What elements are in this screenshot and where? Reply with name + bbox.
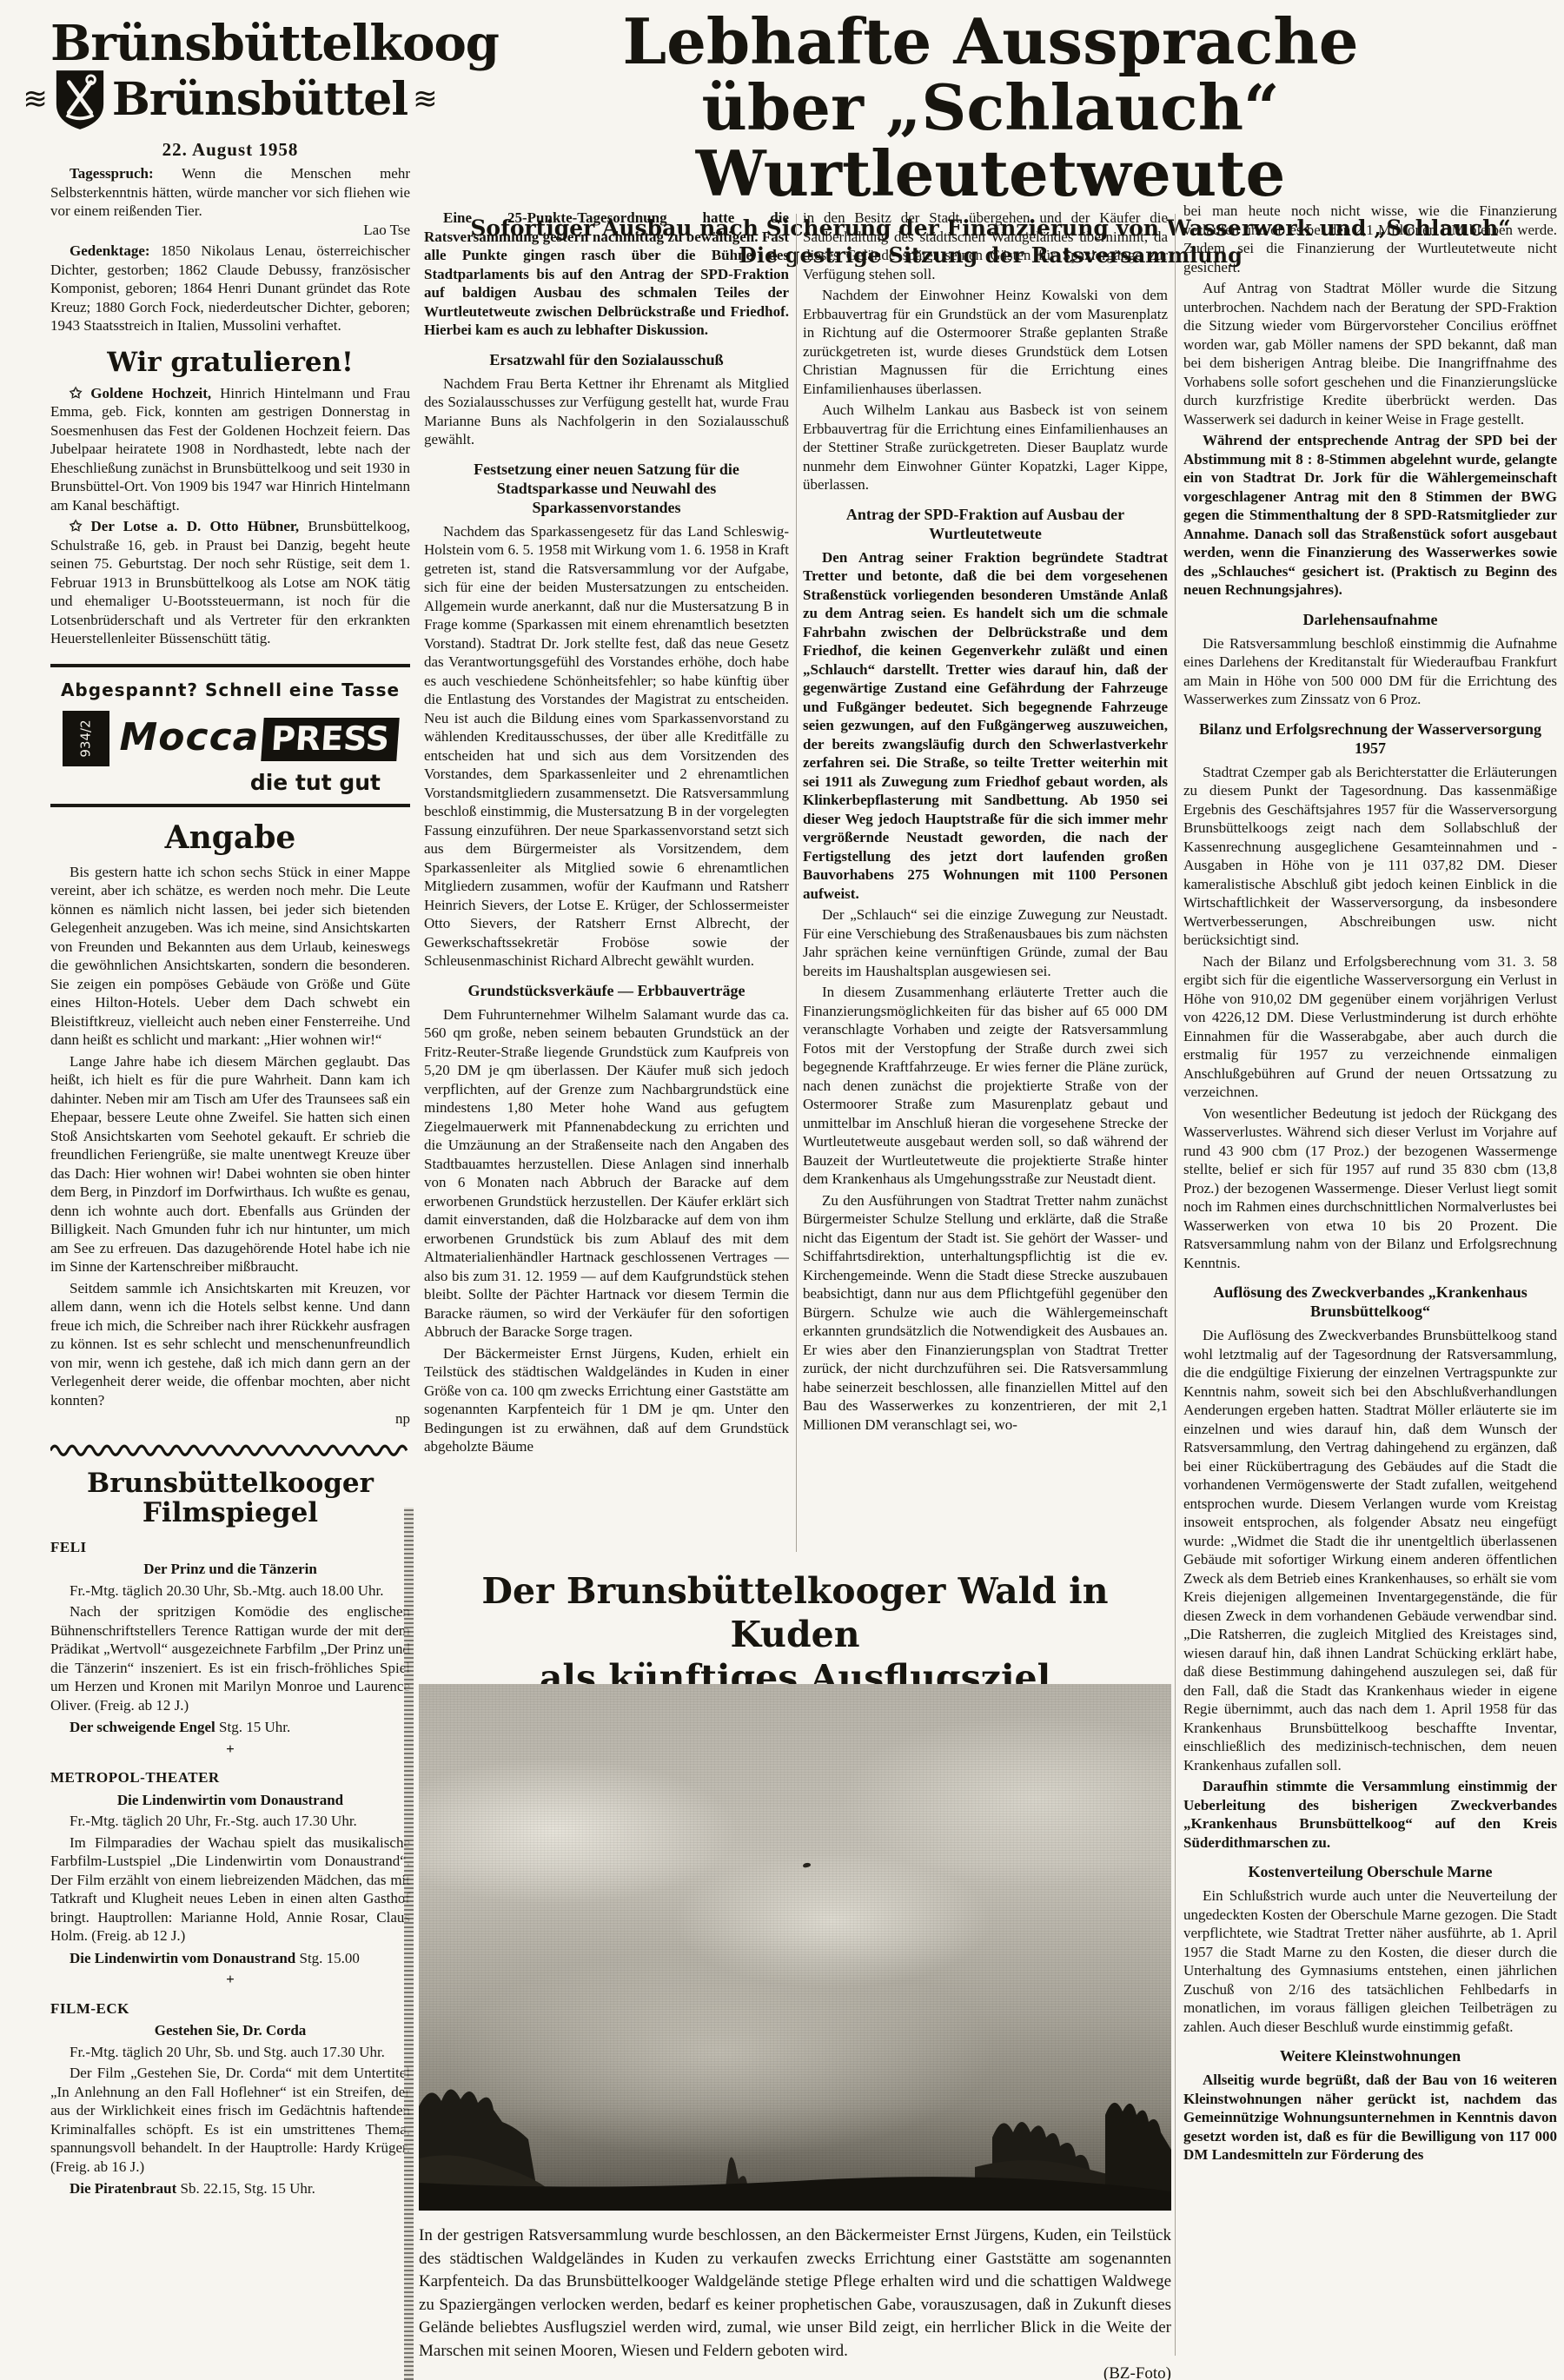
article-paragraph: bei man heute noch nicht wisse, wie die …	[1183, 202, 1557, 276]
brand-logo-script: Mocca	[120, 715, 260, 759]
film-title: Die Lindenwirtin vom Donaustrand	[50, 1791, 410, 1810]
showtimes: Fr.-Mtg. täglich 20 Uhr, Sb. und Stg. au…	[50, 2043, 410, 2062]
ad-slogan-line: Abgespannt? Schnell eine Tasse	[54, 680, 407, 700]
article-paragraph: Im Filmparadies der Wachau spielt das mu…	[50, 1833, 410, 1946]
congratulations-heading: Wir gratulieren!	[50, 348, 410, 377]
article-paragraph: Lange Jahre habe ich diesem Märchen gegl…	[50, 1052, 410, 1276]
masthead-title-line2-row: ≋ Brünsbüttel ≋	[50, 68, 410, 132]
ad-tagline: die tut gut	[54, 770, 407, 795]
section-subhead: Ersatzwahl für den Sozialausschuß	[429, 350, 784, 369]
ad-code-box: 934/2	[63, 711, 109, 766]
star-icon: ✩	[70, 518, 91, 534]
article-paragraph: Gedenktage: 1850 Nikolaus Lenau, österre…	[50, 242, 410, 335]
article-paragraph: Von wesentlicher Bedeutung ist jedoch de…	[1183, 1104, 1557, 1273]
article-paragraph: ✩ Goldene Hochzeit, Hinrich Hintelmann u…	[50, 384, 410, 515]
signature: Lao Tse	[50, 221, 410, 240]
issue-date: 22. August 1958	[50, 139, 410, 161]
wave-divider-icon	[50, 1441, 410, 1456]
film-listing: Die Piratenbraut Sb. 22.15, Stg. 15 Uhr.	[50, 2179, 410, 2198]
film-listing: Der schweigende Engel Stg. 15 Uhr.	[50, 1718, 410, 1737]
forest-headline-line1: Der Brunsbüttelkooger Wald in Kuden	[419, 1569, 1171, 1656]
film-listing: Die Lindenwirtin vom Donaustrand Stg. 15…	[50, 1949, 410, 1968]
article-paragraph: Nachdem das Sparkassengesetz für das Lan…	[424, 522, 789, 971]
cinema-name: FILM-ECK	[50, 1999, 410, 2019]
article-paragraph: Nachdem Frau Berta Kettner ihr Ehrenamt …	[424, 375, 789, 449]
article-paragraph: Stadtrat Czemper gab als Berichterstatte…	[1183, 763, 1557, 950]
article-paragraph: Dem Fuhrunternehmer Wilhelm Salamant wur…	[424, 1005, 789, 1342]
article-paragraph: Tagesspruch: Wenn die Menschen mehr Selb…	[50, 164, 410, 239]
main-headline-line1: Lebhafte Aussprache	[419, 9, 1562, 75]
article-column-3: bei man heute noch nicht wisse, wie die …	[1183, 202, 1557, 2370]
article-paragraph: in den Besitz der Stadt übergehen und de…	[803, 209, 1168, 283]
angabe-heading: Angabe	[50, 821, 410, 854]
article-paragraph: Daraufhin stimmte die Versammlung einsti…	[1183, 1777, 1557, 1852]
photo-caption-text: In der gestrigen Ratsversammlung wurde b…	[419, 2226, 1171, 2360]
marsh-landscape-photo	[419, 1684, 1171, 2211]
article-paragraph: Der „Schlauch“ sei die einzige Zuwegung …	[803, 905, 1168, 980]
section-subhead: Festsetzung einer neuen Satzung für die …	[429, 460, 784, 517]
congratulations-items: ✩ Goldene Hochzeit, Hinrich Hintelmann u…	[50, 384, 410, 648]
showtimes: Fr.-Mtg. täglich 20 Uhr, Fr.-Stg. auch 1…	[50, 1812, 410, 1831]
article-paragraph: Seitdem sammle ich Ansichtskarten mit Kr…	[50, 1279, 410, 1429]
section-subhead: Darlehensaufnahme	[1189, 610, 1552, 629]
article-paragraph: Zu den Ausführungen von Stadtrat Tretter…	[803, 1191, 1168, 1435]
column-rule	[1175, 214, 1176, 2356]
article-paragraph: Nach der spritzigen Komödie des englisch…	[50, 1602, 410, 1714]
article-paragraph: Die Ratsversammlung beschloß einstimmig …	[1183, 634, 1557, 709]
section-subhead: Auflösung des Zweckverbandes „Krankenhau…	[1189, 1283, 1552, 1321]
cinema-name: FELI	[50, 1538, 410, 1557]
photo-caption: In der gestrigen Ratsversammlung wurde b…	[419, 2224, 1171, 2380]
local-section-column: Brünsbüttelkoog ≋ Brünsbüttel ≋ 22. Augu…	[50, 17, 410, 2201]
article-paragraph: Den Antrag seiner Fraktion begründete St…	[803, 548, 1168, 904]
cinema-name: METROPOL-THEATER	[50, 1768, 410, 1787]
article-paragraph: Ein Schlußstrich wurde auch unter die Ne…	[1183, 1886, 1557, 2036]
flourish-left-icon: ≋	[23, 85, 48, 115]
filmspiegel-heading: Brunsbüttelkooger Filmspiegel	[50, 1468, 410, 1528]
section-subhead: Grundstücksverkäufe — Erbbauverträge	[429, 981, 784, 1000]
article-paragraph: Nachdem der Einwohner Heinz Kowalski von…	[803, 286, 1168, 398]
main-headline-line2: über „Schlauch“ Wurtleutetweute	[419, 75, 1562, 207]
article-paragraph: Der Bäckermeister Ernst Jürgens, Kuden, …	[424, 1344, 789, 1456]
article-paragraph: Eine 25-Punkte-Tagesordnung hatte die Ra…	[424, 209, 789, 340]
newspaper-page: Brünsbüttelkoog ≋ Brünsbüttel ≋ 22. Augu…	[0, 0, 1564, 2380]
article-paragraph: Der Film „Gestehen Sie, Dr. Corda“ mit d…	[50, 2064, 410, 2176]
article-paragraph: Während der entsprechende Antrag der SPD…	[1183, 431, 1557, 600]
column-rule	[796, 214, 797, 1552]
section-subhead: Weitere Kleinstwohnungen	[1189, 2046, 1552, 2065]
article-paragraph: Bis gestern hatte ich schon sechs Stück …	[50, 863, 410, 1050]
masthead-title-line2: Brünsbüttel	[112, 76, 408, 124]
brand-logo-block: PRESS	[262, 718, 401, 761]
section-subhead: Kostenverteilung Oberschule Marne	[1189, 1862, 1552, 1881]
photo-credit: (BZ-Foto)	[419, 2363, 1171, 2380]
article-paragraph: Auch Wilhelm Lankau aus Basbeck ist von …	[803, 401, 1168, 494]
brand-logo: MoccaPRESS	[120, 715, 399, 761]
article-paragraph: ✩ Der Lotse a. D. Otto Hübner, Brunsbütt…	[50, 517, 410, 648]
cinema-listings: FELIDer Prinz und die TänzerinFr.-Mtg. t…	[50, 1538, 410, 2198]
print-artifact-strip	[404, 1508, 414, 2380]
masthead: Brünsbüttelkoog ≋ Brünsbüttel ≋ 22. Augu…	[50, 17, 410, 161]
film-title: Der Prinz und die Tänzerin	[50, 1560, 410, 1579]
coffee-advertisement: Abgespannt? Schnell eine Tasse 934/2 Moc…	[50, 664, 410, 807]
article-paragraph: Die Auflösung des Zweckverbandes Brunsbü…	[1183, 1326, 1557, 1774]
section-separator: +	[50, 1740, 410, 1759]
section-separator: +	[50, 1970, 410, 1989]
article-column-1: Eine 25-Punkte-Tagesordnung hatte die Ra…	[424, 209, 789, 1561]
daily-notes: Tagesspruch: Wenn die Menschen mehr Selb…	[50, 164, 410, 335]
star-icon: ✩	[70, 385, 90, 401]
article-paragraph: In diesem Zusammenhang erläuterte Trette…	[803, 983, 1168, 1189]
article-paragraph: Auf Antrag von Stadtrat Möller wurde die…	[1183, 279, 1557, 428]
masthead-title-line1: Brünsbüttelkoog	[50, 17, 410, 70]
article-column-2: in den Besitz der Stadt übergehen und de…	[803, 209, 1168, 1561]
signature: np	[50, 1409, 410, 1429]
showtimes: Fr.-Mtg. täglich 20.30 Uhr, Sb.-Mtg. auc…	[50, 1581, 410, 1601]
section-subhead: Antrag der SPD-Fraktion auf Ausbau der W…	[808, 505, 1163, 543]
treeline-silhouette	[419, 2054, 1171, 2211]
article-paragraph: Nach der Bilanz und Erfolgsberechnung vo…	[1183, 952, 1557, 1102]
film-title: Gestehen Sie, Dr. Corda	[50, 2021, 410, 2040]
forest-article-headline: Der Brunsbüttelkooger Wald in Kuden als …	[419, 1569, 1171, 1700]
city-crest-icon	[53, 68, 107, 132]
article-paragraph: Allseitig wurde begrüßt, daß der Bau von…	[1183, 2071, 1557, 2165]
section-subhead: Bilanz und Erfolgsrechnung der Wasserver…	[1189, 719, 1552, 758]
angabe-article: Bis gestern hatte ich schon sechs Stück …	[50, 863, 410, 1429]
ad-code: 934/2	[77, 719, 93, 757]
